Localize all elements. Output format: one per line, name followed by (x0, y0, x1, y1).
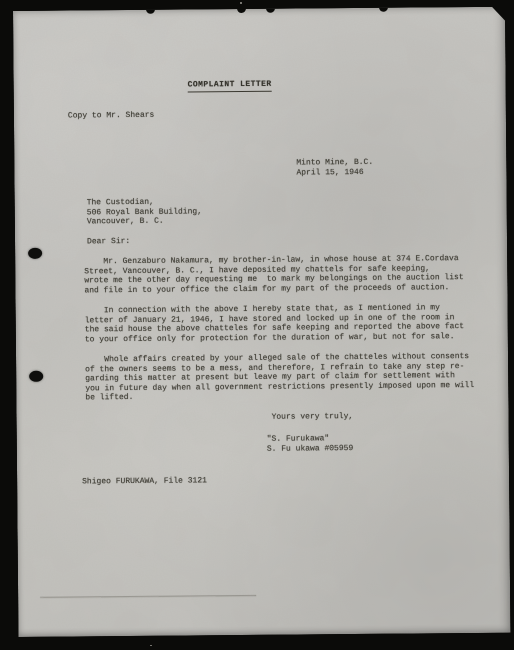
file-reference: Shigeo FURUKAWA, File 3121 (82, 476, 207, 487)
signature-block: "S. Furukawa" S. Fu ukawa #05959 (267, 434, 354, 454)
dateline: Minto Mine, B.C. April 15, 1946 (296, 158, 373, 178)
punch-hole (29, 371, 43, 382)
scan-background: COMPLAINT LETTER Copy to Mr. Shears Mint… (0, 0, 514, 650)
recipient-address: The Custodian, 506 Royal Bank Building, … (87, 197, 202, 227)
body-paragraph-1: Mr. Genzaburo Nakamura, my brother-in-la… (84, 254, 464, 295)
body-paragraph-3: Whole affairs created by your alleged sa… (85, 352, 474, 403)
edge-notch (237, 8, 246, 13)
edge-notch (146, 9, 155, 14)
edge-notch (379, 7, 388, 12)
dust-speck (150, 645, 152, 646)
body-paragraph-2: In connection with the above I hereby st… (85, 303, 465, 344)
dust-speck (240, 2, 242, 4)
punch-hole (28, 248, 42, 259)
copy-note: Copy to Mr. Shears (68, 111, 155, 121)
closing: Yours very truly, (272, 412, 354, 422)
letter-title: COMPLAINT LETTER (188, 80, 272, 92)
edge-notch (266, 8, 275, 13)
salutation: Dear Sir: (87, 237, 130, 247)
scratch-mark (40, 595, 256, 598)
document-page: COMPLAINT LETTER Copy to Mr. Shears Mint… (13, 7, 510, 637)
